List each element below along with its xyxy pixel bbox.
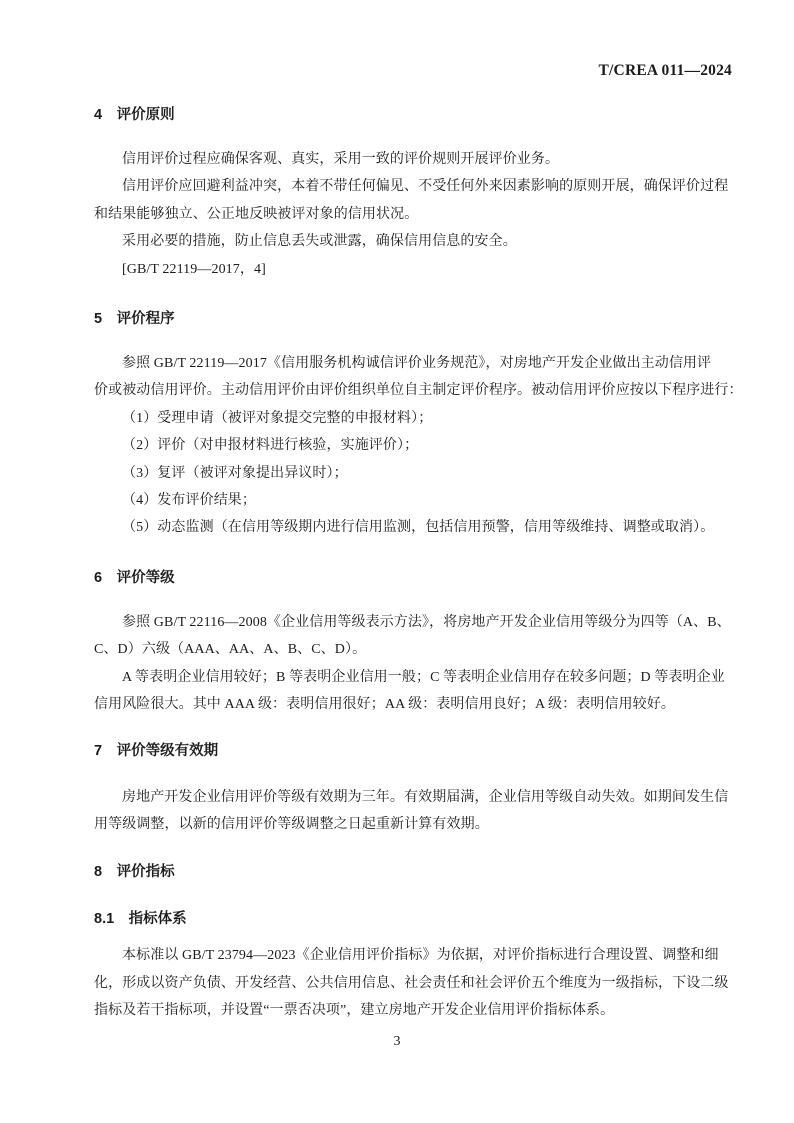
paragraph-line: 参照 GB/T 22116—2008《企业信用等级表示方法》，将房地产开发企业信… (94, 609, 732, 636)
list-item: （3）复评（被评对象提出异议时）； (94, 460, 732, 487)
section-heading-8: 8 评价指标 (94, 859, 732, 886)
section-4-body: 信用评价过程应确保客观、真实，采用一致的评价规则开展评价业务。 信用评价应回避利… (94, 146, 732, 283)
section-heading-4: 4 评价原则 (94, 102, 732, 129)
paragraph-line: C、D）六级（AAA、AA、A、B、C、D）。 (94, 636, 732, 663)
paragraph-line: 信用评价应回避利益冲突，本着不带任何偏见、不受任何外来因素影响的原则开展，确保评… (94, 173, 732, 200)
paragraph-line: 信用评价过程应确保客观、真实，采用一致的评价规则开展评价业务。 (94, 146, 732, 173)
paragraph-line: 采用必要的措施，防止信息丢失或泄露，确保信用信息的安全。 (94, 228, 732, 255)
list-item: （2）评价（对申报材料进行核验，实施评价）； (94, 432, 732, 459)
section-7-body: 房地产开发企业信用评价等级有效期为三年。有效期届满，企业信用等级自动失效。如期间… (94, 784, 732, 839)
paragraph-line: 本标准以 GB/T 23794—2023《企业信用评价指标》为依据，对评价指标进… (94, 942, 732, 969)
paragraph-line: 参照 GB/T 22119—2017《信用服务机构诚信评价业务规范》，对房地产开… (94, 350, 732, 377)
section-5-body: 参照 GB/T 22119—2017《信用服务机构诚信评价业务规范》，对房地产开… (94, 350, 732, 542)
paragraph-line: 价或被动信用评价。主动信用评价由评价组织单位自主制定评价程序。被动信用评价应按以… (94, 377, 732, 404)
paragraph-line: 信用风险很大。其中 AAA 级：表明信用很好；AA 级：表明信用良好；A 级：表… (94, 691, 732, 718)
list-item: （1）受理申请（被评对象提交完整的申报材料）； (94, 405, 732, 432)
paragraph-line: 房地产开发企业信用评价等级有效期为三年。有效期届满，企业信用等级自动失效。如期间… (94, 784, 732, 811)
section-heading-8-1: 8.1 指标体系 (94, 906, 732, 933)
list-item: （5）动态监测（在信用等级期内进行信用监测，包括信用预警，信用等级维持、调整或取… (94, 514, 732, 541)
paragraph-line: 用等级调整，以新的信用评价等级调整之日起重新计算有效期。 (94, 811, 732, 838)
paragraph-line: 和结果能够独立、公正地反映被评对象的信用状况。 (94, 201, 732, 228)
document-page: T/CREA 011—2024 4 评价原则 信用评价过程应确保客观、真实，采用… (0, 0, 794, 1123)
citation-line: [GB/T 22119—2017，4] (94, 256, 732, 283)
document-header-code: T/CREA 011—2024 (94, 60, 732, 82)
paragraph-line: 化，形成以资产负债、开发经营、公共信用信息、社会责任和社会评价五个维度为一级指标… (94, 970, 732, 997)
section-heading-7: 7 评价等级有效期 (94, 738, 732, 765)
paragraph-line: A 等表明企业信用较好；B 等表明企业信用一般；C 等表明企业信用存在较多问题；… (94, 664, 732, 691)
section-heading-6: 6 评价等级 (94, 565, 732, 592)
paragraph-line: 指标及若干指标项，并设置“一票否决项”，建立房地产开发企业信用评价指标体系。 (94, 997, 732, 1024)
page-number: 3 (0, 1032, 794, 1052)
section-heading-5: 5 评价程序 (94, 306, 732, 333)
section-8-1-body: 本标准以 GB/T 23794—2023《企业信用评价指标》为依据，对评价指标进… (94, 942, 732, 1024)
section-6-body: 参照 GB/T 22116—2008《企业信用等级表示方法》，将房地产开发企业信… (94, 609, 732, 719)
list-item: （4）发布评价结果； (94, 487, 732, 514)
